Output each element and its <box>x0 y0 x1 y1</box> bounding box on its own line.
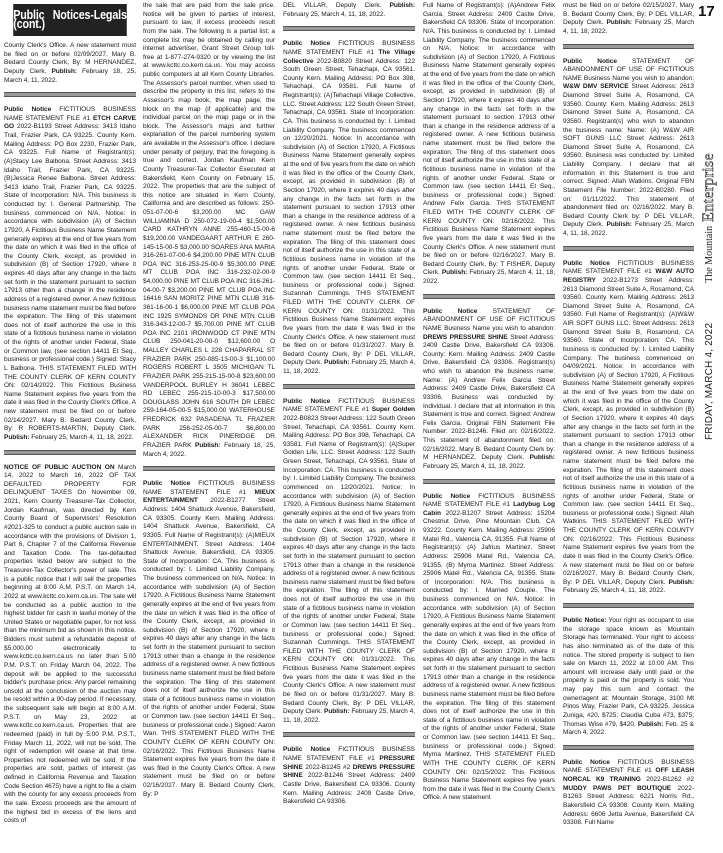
column-4: Full Name of Registrant(s): (A)Andrew Fe… <box>423 2 555 853</box>
business-name: DREWS PRESSURE SHINE <box>423 334 508 341</box>
notice-fbn-pressure-shine: Public Notice FICTITIOUS BUSINESS NAME S… <box>283 746 415 806</box>
notice-storage-lien-sale: Public Notice: Your right as occupant to… <box>563 617 694 738</box>
publication-name-small: The Mountain <box>704 226 715 283</box>
column-2: the sale that are paid from the sale pri… <box>143 2 275 853</box>
newspaper-page: Public Notices-Legals (cont.) County Cle… <box>0 0 723 853</box>
vertical-masthead: FRIDAY, MARCH 4, 2022 The Mountain Enter… <box>699 20 719 440</box>
notice-fbn-ww-auto-registry: Public Notice FICTITIOUS BUSINESS NAME S… <box>563 260 694 596</box>
notice-title: NOTICE OF PUBLIC AUCTION ON <box>4 464 115 471</box>
divider <box>423 294 555 299</box>
notice-fbn-village-collective: Public Notice FICTITIOUS BUSINESS NAME S… <box>283 40 415 376</box>
notice-continued: must be filed on or before 02/15/2027. M… <box>563 2 694 37</box>
notice-public-auction: NOTICE OF PUBLIC AUCTION ON March 14, 20… <box>4 464 136 826</box>
notice-fbn-mieux-entertainment: Public Notice FICTITIOUS BUSINESS NAME S… <box>143 480 275 799</box>
divider <box>563 44 694 49</box>
section-header: Public Notices-Legals (cont.) <box>13 4 127 36</box>
notice-abandonment-drews: Public Notice STATEMENT OF ABANDONMENT O… <box>423 308 555 472</box>
business-name: W&W DMV SERVICE <box>563 83 629 90</box>
notice-continued: County Clerk's Office. A new statement m… <box>4 42 136 85</box>
divider <box>563 745 694 750</box>
publication-name-logo: Enterprise <box>700 153 718 222</box>
column-5: must be filed on or before 02/15/2027. M… <box>563 2 694 853</box>
notice-fbn-etch-carve-go: Public Notice FICTITIOUS BUSINESS NAME S… <box>4 106 136 442</box>
divider <box>423 479 555 484</box>
notice-continued: Full Name of Registrant(s): (A)Andrew Fe… <box>423 2 555 287</box>
divider <box>563 246 694 251</box>
business-name: Super Golden <box>372 406 415 413</box>
notice-fbn-off-leash-norcal: Public Notice FICTITIOUS BUSINESS NAME S… <box>563 759 694 828</box>
notice-fbn-super-golden: Public Notice FICTITIOUS BUSINESS NAME S… <box>283 398 415 726</box>
column-3: DEL VILLAR, Deputy Clerk. Publish: Febru… <box>283 2 415 853</box>
business-name: MUDDY PAWS PET BOUTIQUE <box>563 785 671 792</box>
divider <box>283 26 415 31</box>
notice-abandonment-ww-dmv: Public Notice STATEMENT OF ABANDONMENT O… <box>563 58 694 239</box>
divider <box>4 92 136 97</box>
section-title: Public Notices-Legals (cont.) <box>13 11 127 28</box>
notice-fbn-ladybug-log-cabin: Public Notice FICTITIOUS BUSINESS NAME S… <box>423 493 555 804</box>
notice-continued: DEL VILLAR, Deputy Clerk. Publish: Febru… <box>283 2 415 19</box>
notice-auction-continued: the sale that are paid from the sale pri… <box>143 2 275 459</box>
divider <box>283 732 415 737</box>
divider <box>4 450 136 455</box>
divider <box>563 603 694 608</box>
divider <box>283 384 415 389</box>
column-1: Public Notices-Legals (cont.) County Cle… <box>4 2 136 853</box>
issue-date: FRIDAY, MARCH 4, 2022 <box>704 323 715 440</box>
divider <box>143 466 275 471</box>
page-number: 17 <box>698 3 715 20</box>
